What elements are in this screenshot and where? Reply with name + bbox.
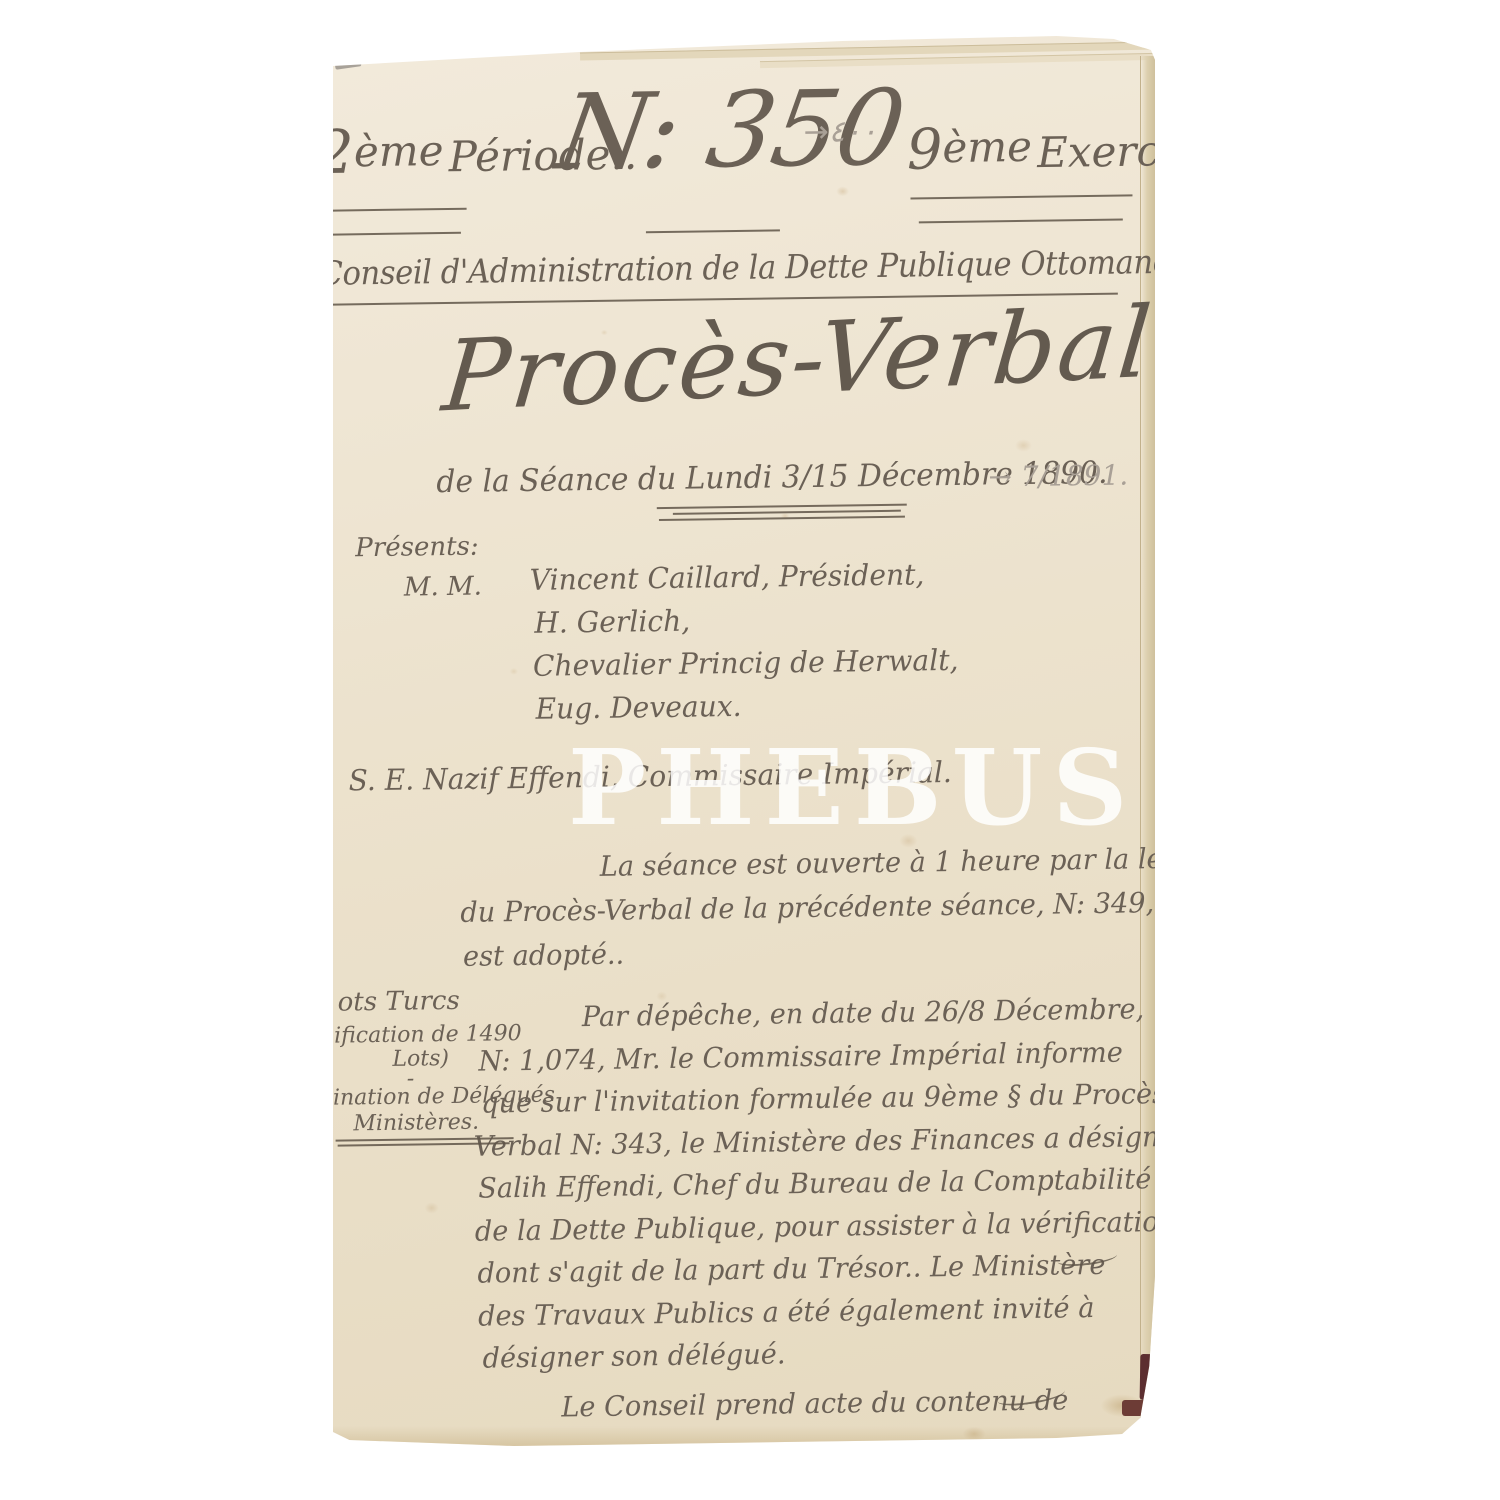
underline-exercice-2 — [919, 219, 1123, 223]
paragraph2-line: de la Dette Publique, pour assister à la… — [475, 1205, 1155, 1248]
organisation-title: Conseil d'Administration de la Dette Pub… — [333, 242, 1155, 293]
paragraph1-line: du Procès-Verbal de la précédente séance… — [460, 885, 1155, 928]
attendee-line: H. Gerlich, — [534, 604, 690, 640]
divider-line-3 — [659, 516, 905, 521]
margin-note-line: Lots) — [392, 1046, 449, 1072]
paragraph2-line: Verbal N: 343, le Ministère des Finances… — [473, 1120, 1155, 1163]
attendee-line: Chevalier Princig de Herwalt, — [533, 643, 959, 683]
paragraph1-line: est adopté.. — [463, 938, 625, 973]
closing-line: Le Conseil prend acte du contenu de — [561, 1383, 1068, 1423]
pencil-date-annotation: → 7/1891. — [988, 459, 1128, 494]
attendee-line: Vincent Caillard, Président, — [530, 557, 925, 597]
underline-number — [646, 229, 780, 233]
paragraph2-line: Salih Effendi, Chef du Bureau de la Comp… — [478, 1162, 1151, 1204]
attendee-line: Eug. Deveaux. — [535, 689, 741, 726]
pencil-number-annotation: →٤٠٠ — [803, 114, 877, 150]
divider-line-2 — [673, 510, 901, 515]
divider-line-1 — [657, 504, 907, 509]
underline-exercice-1 — [910, 194, 1132, 199]
messieurs-label: M. M. — [404, 572, 482, 603]
paragraph2-line: que sur l'invitation formulée au 9ème § … — [481, 1077, 1155, 1120]
exercice-ordinal-suffix: ème — [942, 122, 1032, 172]
paragraph2-line: désigner son délégué. — [482, 1337, 785, 1374]
paragraph2-line: Par dépêche, en date du 26/8 Décembre, — [582, 992, 1145, 1033]
exercice-label: 9ème Exercice. — [906, 119, 1155, 179]
paragraph2-line: des Travaux Publics a été également invi… — [478, 1291, 1095, 1333]
paragraph2-line: N: 1,074, Mr. le Commissaire Impérial in… — [478, 1036, 1123, 1078]
document-title: Procès-Verbal — [438, 286, 1155, 435]
underline-period-2 — [333, 232, 461, 235]
phebus-watermark: PHEBUS — [568, 726, 1137, 849]
exercice-number: 9 — [906, 117, 943, 182]
period-ordinal-suffix: ème — [354, 126, 444, 176]
photo-canvas: 2ème Période.. N: 350 →٤٠٠ 9ème Exercice… — [0, 0, 1500, 1500]
period-number: 2 — [333, 118, 354, 189]
margin-note-line: ots Turcs — [337, 986, 460, 1018]
presents-label: Présents: — [355, 532, 479, 564]
exercice-word: Exercice. — [1037, 125, 1155, 177]
paragraph2-line: dont s'agit de la part du Trésor.. Le Mi… — [477, 1248, 1105, 1290]
manuscript-page: 2ème Période.. N: 350 →٤٠٠ 9ème Exercice… — [333, 36, 1155, 1448]
margin-note-line: Ministères. — [353, 1110, 479, 1137]
underline-period-1 — [333, 208, 467, 212]
